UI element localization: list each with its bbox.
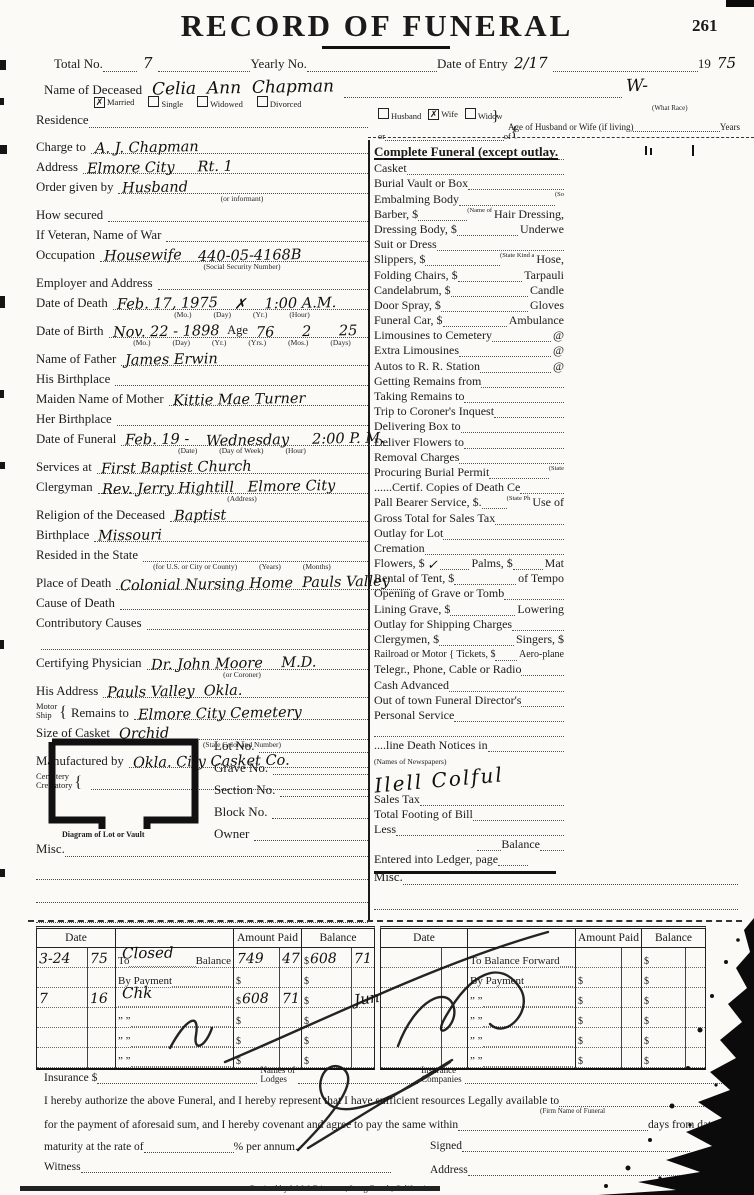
form-field: MotorShip { Remains to Elmore City Cemet…: [36, 702, 368, 720]
field-label: Certifying Physician: [36, 656, 147, 670]
balance-dollars-cell: $: [641, 988, 685, 1008]
race-value: W-: [626, 76, 648, 96]
charge-note: (Name of: [467, 204, 492, 217]
top-numbers-row: Total No. 7 Yearly No. Date of Entry 2/1…: [54, 54, 742, 72]
charge-label: Door Spray, $: [374, 299, 441, 312]
address-label: Address: [430, 1164, 468, 1176]
lodges-label: Names ofLodges: [257, 1066, 298, 1084]
form-field: { Maiden Name of Mother Kittie Mae Turne…: [36, 390, 368, 406]
charge-label: Removal Charges: [374, 451, 459, 464]
form-field: { Occupation Housewife 440-05-4168B (Soc…: [36, 246, 368, 271]
form-field: { His Address Pauls Valley Okla.: [36, 682, 368, 698]
year-cell: 16: [87, 988, 115, 1008]
charge-note: (State: [549, 462, 564, 475]
revised-note: Revised by W. W. Frineman, Long Beach, C…: [250, 1183, 744, 1193]
charge-label: Embalming Body: [374, 193, 459, 206]
charge-right-label: Ambulance: [507, 314, 564, 327]
field-value: Pauls Valley Okla.: [103, 684, 247, 701]
year-cell: [441, 1028, 467, 1048]
charge-item: Out of town Funeral Director's: [374, 692, 564, 707]
amount-dollars-cell: $608: [233, 988, 279, 1008]
field-value: A. J. Chapman: [91, 140, 203, 156]
witness-label: Witness: [44, 1161, 81, 1173]
field-line: [108, 206, 368, 222]
charge-item: Railroad or Motor { Tickets, $ Aero-plan…: [374, 646, 564, 661]
misc-left-row: Misc.: [36, 842, 368, 857]
stacked-label: MotorShip: [36, 702, 59, 720]
charge-item: Getting Remains from: [374, 373, 564, 388]
balance-cents-cell: [685, 1008, 705, 1028]
date-cell: [37, 968, 87, 988]
year-value: 75: [711, 54, 742, 73]
amount-dollars-cell: $: [233, 1008, 279, 1028]
description-cell: ” ”: [467, 1008, 575, 1028]
amount-dollars-cell: $: [575, 968, 621, 988]
date-header: Date: [381, 929, 467, 948]
charge-item: Flowers, $ ✓ Palms, $ Mat: [374, 555, 564, 570]
charge-item: Rental of Tent, $ of Tempo: [374, 570, 564, 585]
amount-cents-cell: [279, 1028, 301, 1048]
charge-label: Procuring Burial Permit: [374, 466, 489, 479]
field-sublabels: (or informant): [116, 195, 368, 203]
field-label: Cause of Death: [36, 596, 120, 610]
field-line: A. J. Chapman: [91, 138, 368, 154]
charge-item: Lining Grave, $ Lowering: [374, 600, 564, 615]
charge-item: Gross Total for Sales Tax: [374, 509, 564, 524]
charge-item: Cash Advanced: [374, 676, 564, 691]
amount-cents-cell: [621, 1008, 641, 1028]
field-sublabels: (for U.S. or City or County)(Years)(Mont…: [116, 563, 368, 571]
charge-item: Removal Charges: [374, 449, 564, 464]
balance-dollars-cell: $: [641, 1028, 685, 1048]
scan-mark: [645, 146, 647, 155]
amount-paid-header: Amount Paid: [233, 929, 301, 948]
date-of-entry-value: 2/17: [508, 54, 554, 73]
scan-mark: [692, 145, 694, 156]
balance-dollars-cell: $: [641, 968, 685, 988]
total-no-label: Total No.: [54, 56, 103, 72]
field-label: Date of Death: [36, 296, 113, 310]
field-line: Dr. John Moore M.D.: [147, 654, 368, 670]
title-underline: [322, 46, 450, 49]
date-of-entry-label: Date of Entry: [437, 56, 508, 72]
charge-item: Cremation: [374, 540, 564, 555]
year-cell: [87, 1008, 115, 1028]
charge-item: [374, 722, 564, 737]
balance-dollars-cell: $608: [301, 948, 351, 968]
marital-option-label: Divorced: [270, 99, 302, 109]
charge-label: Cash Advanced: [374, 679, 449, 692]
field-line: [158, 274, 368, 290]
date-cell: [381, 1008, 441, 1028]
year-cell: [441, 968, 467, 988]
balance-header: Balance: [641, 929, 705, 948]
field-line: Elmore City Cemetery: [134, 704, 368, 720]
signed-row: Signed: [430, 1138, 690, 1152]
checkbox-icon: [257, 96, 268, 107]
lot-field: Lot No.: [214, 738, 368, 753]
field-label: Employer and Address: [36, 276, 158, 290]
field-value: Husband: [118, 180, 192, 195]
date-cell: [37, 1008, 87, 1028]
field-label: Her Birthplace: [36, 412, 117, 426]
charge-label: ......Certif. Copies of Death Ce: [374, 481, 520, 494]
date-cell: 7: [37, 988, 87, 1008]
signed-label: Signed: [430, 1140, 462, 1152]
charge-label: Folding Chairs, $: [374, 269, 458, 282]
field-line: Nov. 22 - 1898 Age 76 2 25: [109, 322, 368, 338]
field-label: His Birthplace: [36, 372, 115, 386]
year-prefix: 19: [698, 56, 711, 72]
charge-right-label: Aero-plane: [517, 648, 564, 661]
field-label: Occupation: [36, 248, 100, 262]
year-cell: [441, 1008, 467, 1028]
authorization-line-1: I hereby authorize the above Funeral, an…: [44, 1095, 559, 1107]
balance-label: Balance: [501, 838, 540, 851]
charge-label: Limousines to Cemetery: [374, 329, 492, 342]
charge-item: Delivering Box to: [374, 418, 564, 433]
balance-header: Balance: [301, 929, 374, 948]
field-line: Housewife 440-05-4168B: [100, 246, 368, 262]
charge-item: Barber, $ (Name of Hair Dressing,: [374, 206, 564, 221]
charge-item: Personal Service: [374, 707, 564, 722]
form-field: { Address Elmore City Rt. 1: [36, 158, 368, 174]
charge-item: Folding Chairs, $ Tarpauli: [374, 266, 564, 281]
misc-line: [374, 896, 738, 910]
field-line: First Baptist Church: [97, 458, 368, 474]
date-cell: [381, 1028, 441, 1048]
charge-item: Outlay for Shipping Charges: [374, 616, 564, 631]
date-cell: 3-24: [37, 948, 87, 968]
charge-right-label: Use of: [530, 496, 564, 509]
charge-label: Casket: [374, 162, 407, 175]
date-cell: [37, 1028, 87, 1048]
field-line: Feb. 17, 1975 ✗ 1:00 A.M.: [113, 294, 368, 310]
amount-paid-header: Amount Paid: [575, 929, 641, 948]
lot-diagram: [48, 736, 200, 832]
misc-line: [36, 866, 368, 880]
charge-right-label: Underwe: [518, 223, 564, 236]
field-value: Housewife: [100, 248, 186, 263]
description-cell: ” ”: [467, 988, 575, 1008]
charge-item: Autos to R. R. Station @: [374, 357, 564, 372]
marital-option-label: Married: [107, 97, 134, 107]
field-line: Elmore City Rt. 1: [83, 158, 368, 174]
checkbox-icon: [378, 108, 389, 119]
ledger-row: Total Footing of Bill: [374, 806, 564, 821]
description-cell: ToBalanceClosed: [115, 948, 233, 968]
field-value: Feb. 17, 1975: [113, 296, 222, 312]
form-field: { Resided in the State (for U.S. or City…: [36, 546, 368, 571]
lot-field-label: Section No.: [214, 783, 280, 797]
checkbox-icon: [148, 96, 159, 107]
charge-label: Barber, $: [374, 208, 418, 221]
charge-right-label: of Tempo: [516, 572, 564, 585]
balance-cents-cell: 71: [351, 948, 374, 968]
form-field: { Her Birthplace: [36, 410, 368, 426]
charge-item: Burial Vault or Box: [374, 175, 564, 190]
entered-ledger-row: Entered into Ledger, page: [374, 851, 564, 866]
field-line: [166, 226, 368, 242]
companies-label: InsuranceCompanies: [418, 1066, 465, 1084]
charge-item: Candelabrum, $ Candle: [374, 282, 564, 297]
charge-right-label: Hair Dressing,: [492, 208, 564, 221]
description-cell: ” ”: [467, 1028, 575, 1048]
charge-item: Dressing Body, $ Underwe: [374, 221, 564, 236]
field-label: His Address: [36, 684, 103, 698]
charge-label: Outlay for Lot: [374, 527, 443, 540]
field-line: Kittie Mae Turner: [169, 390, 368, 406]
marital-option: Widowed: [197, 96, 243, 109]
charge-item: Extra Limousines @: [374, 342, 564, 357]
charge-label: Candelabrum, $: [374, 284, 451, 297]
charge-right-label: Lowering: [515, 603, 564, 616]
charge-item: Limousines to Cemetery @: [374, 327, 564, 342]
field-label: Remains to: [71, 706, 134, 720]
description-cell: ” ”: [115, 1028, 233, 1048]
field-label: Date of Funeral: [36, 432, 121, 446]
amount-dollars-cell: $: [233, 1028, 279, 1048]
amount-cents-cell: [279, 1008, 301, 1028]
form-field: { Cause of Death: [36, 594, 368, 610]
date-header: Date: [37, 929, 115, 948]
field-label: If Veteran, Name of War: [36, 228, 166, 242]
amount-dollars-cell: $: [233, 968, 279, 988]
charge-right-label: Hose,: [534, 253, 564, 266]
field-label: Place of Death: [36, 576, 116, 590]
form-field: { Date of Funeral Feb. 19 - Wednesday 2:…: [36, 430, 368, 455]
field-line: [120, 594, 368, 610]
marital-option: Single: [148, 96, 183, 109]
charge-label: Flowers, $: [374, 557, 425, 570]
field-label: Services at: [36, 460, 97, 474]
spouse-option-label: Wife: [441, 109, 458, 119]
form-field: { Date of Death Feb. 17, 1975 ✗ 1:00 A.M…: [36, 294, 368, 319]
charge-item: Casket: [374, 160, 564, 175]
charge-item: Taking Remains to: [374, 388, 564, 403]
amount-dollars-cell: 749: [233, 948, 279, 968]
field-mid-label: Age: [223, 323, 252, 337]
charge-label: Rental of Tent, $: [374, 572, 454, 585]
payments-table-right: Date Amount Paid Balance To Balance Forw…: [380, 926, 706, 1070]
scan-mark: [650, 148, 652, 155]
page-title: RECORD OF FUNERAL: [0, 8, 754, 44]
charge-label: Personal Service: [374, 709, 454, 722]
year-cell: [87, 968, 115, 988]
charge-label: Suit or Dress: [374, 238, 437, 251]
charge-label: ....line Death Notices in: [374, 739, 488, 752]
spouse-option: Husband: [378, 108, 421, 121]
charge-note: (State Ph: [507, 492, 531, 505]
charge-right-label-2: Mat: [543, 557, 564, 570]
charge-label: Dressing Body, $: [374, 223, 457, 236]
ledger-label: Less: [374, 823, 396, 836]
charge-item: Deliver Flowers to: [374, 433, 564, 448]
yearly-no-label: Yearly No.: [250, 56, 306, 72]
brace: }: [492, 108, 499, 125]
date-cell: [381, 948, 441, 968]
charge-item: Funeral Car, $ Ambulance: [374, 312, 564, 327]
form-field: { Services at First Baptist Church: [36, 458, 368, 474]
amount-dollars-cell: $: [575, 1028, 621, 1048]
balance-dollars-cell: $: [301, 1008, 351, 1028]
field-value: Kittie Mae Turner: [168, 392, 309, 408]
charge-item: Telegr., Phone, Cable or Radio: [374, 661, 564, 676]
amount-dollars-cell: $: [575, 1008, 621, 1028]
field-label: Contributory Causes: [36, 616, 147, 630]
lot-fields: Lot No. Grave No. Section No. Block No. …: [214, 738, 368, 848]
amount-cents-cell: [621, 1048, 641, 1068]
description-cell: To Balance Forward: [467, 948, 575, 968]
form-field: {: [36, 634, 368, 650]
balance-cents-cell: [685, 948, 705, 968]
balance-dollars-cell: $: [301, 1048, 351, 1068]
misc-line: [36, 889, 368, 903]
field-label: Order given by: [36, 180, 118, 194]
firm-name-caption: (Firm Name of Funeral: [540, 1107, 744, 1115]
checkbox-icon: ✗: [428, 109, 439, 120]
total-no-value: 7: [137, 54, 159, 72]
amount-dollars-cell: $: [575, 988, 621, 1008]
balance-cents-cell: [351, 1048, 374, 1068]
ledger-row: Less: [374, 821, 564, 836]
form-field: { Date of Birth Nov. 22 - 1898 Age 76 2 …: [36, 322, 368, 347]
field-value: Baptist: [170, 508, 231, 523]
description-cell: By Payment: [467, 968, 575, 988]
lot-field: Block No.: [214, 804, 368, 819]
field-line: [117, 410, 368, 426]
description-cell: ” ”: [115, 1048, 233, 1068]
form-field: { Contributory Causes: [36, 614, 368, 630]
field-label: Date of Birth: [36, 324, 109, 338]
marital-option-label: Single: [161, 99, 183, 109]
charge-item: Opening of Grave or Tomb: [374, 585, 564, 600]
amount-cents-cell: [621, 1028, 641, 1048]
charges-panel: Complete Funeral (except outlay. Casket: [374, 143, 564, 878]
field-value: Missouri: [94, 528, 166, 543]
charge-label: Slippers, $: [374, 253, 425, 266]
form-field: { Name of Father James Erwin: [36, 350, 368, 366]
form-field: { Religion of the Deceased Baptist: [36, 506, 368, 522]
lot-field-label: Lot No.: [214, 739, 259, 753]
description-cell: ” ”: [115, 1008, 233, 1028]
marital-option: ✗Married: [94, 97, 134, 109]
balance-cents-cell: [685, 1048, 705, 1068]
date-cell: [37, 1048, 87, 1068]
charge-label: Complete Funeral (except outlay.: [374, 145, 558, 160]
charge-label: Railroad or Motor { Tickets, $: [374, 648, 495, 661]
form-field: { Certifying Physician Dr. John Moore M.…: [36, 654, 368, 679]
charge-right-label: @: [551, 344, 564, 357]
balance-dollars-cell: $: [301, 968, 351, 988]
charge-right-label: Palms, $: [469, 557, 512, 570]
balance-dollars-cell: $: [641, 948, 685, 968]
balance-cents-cell: [351, 968, 374, 988]
balance-dollars-cell: $: [641, 1048, 685, 1068]
balance-dollars-cell: $: [641, 1008, 685, 1028]
field-value-2: 76 2 25: [252, 324, 362, 340]
balance-row: Balance: [374, 836, 564, 851]
charge-label: Autos to R. R. Station: [374, 360, 480, 373]
form-field: { Charge to A. J. Chapman: [36, 138, 368, 154]
charge-label: Outlay for Shipping Charges: [374, 618, 512, 631]
misc-label: Misc.: [36, 842, 65, 857]
charge-right-label: Gloves: [528, 299, 564, 312]
charge-right-label: @: [551, 329, 564, 342]
balance-cents-cell: [685, 988, 705, 1008]
balance-dollars-cell: $: [301, 988, 351, 1008]
record-of-funeral-form: RECORD OF FUNERAL 261 Total No. 7 Yearly…: [0, 0, 754, 1195]
residence-label: Residence: [36, 113, 89, 128]
balance-cents-cell: [351, 1008, 374, 1028]
field-line: Missouri: [94, 526, 368, 542]
charge-right-label: Tarpauli: [522, 269, 564, 282]
field-value: Nov. 22 - 1898: [108, 324, 223, 340]
entered-ledger-label: Entered into Ledger, page: [374, 853, 498, 866]
charge-label: Clergymen, $: [374, 633, 439, 646]
of-label: of: [504, 131, 511, 141]
field-value-2: 440-05-4168B: [194, 248, 306, 264]
field-label: Resided in the State: [36, 548, 143, 562]
field-value: Rev. Jerry Hightill Elmore City: [98, 479, 340, 497]
field-label: Maiden Name of Mother: [36, 392, 169, 406]
charge-item: Door Spray, $ Gloves: [374, 297, 564, 312]
field-line: [41, 634, 368, 650]
charge-label: Funeral Car, $: [374, 314, 443, 327]
field-label: Clergyman: [36, 480, 98, 494]
age-of-spouse-row: Age of Husband or Wife (if living) Years: [508, 122, 740, 132]
balance-cents-cell: [685, 968, 705, 988]
balance-cents-cell: [351, 1028, 374, 1048]
amount-cents-cell: [621, 968, 641, 988]
charge-right-label: Candle: [528, 284, 564, 297]
field-line: Feb. 19 - Wednesday 2:00 P. M.: [121, 430, 388, 446]
year-cell: [441, 988, 467, 1008]
lot-field-label: Grave No.: [214, 761, 273, 775]
balance-dollars-cell: $: [301, 1028, 351, 1048]
field-line: Rev. Jerry Hightill Elmore City: [98, 478, 368, 494]
charge-label: Pall Bearer Service, $.: [374, 496, 482, 509]
field-line: Pauls Valley Okla.: [103, 682, 368, 698]
amount-cents-cell: [279, 968, 301, 988]
marital-status-group: ✗Married Single Widowed Divorced: [94, 96, 301, 109]
field-line: Colonial Nursing Home Pauls Valley: [116, 574, 410, 590]
amount-cents-cell: [621, 948, 641, 968]
charge-label: (Names of Newspapers): [374, 755, 446, 768]
date-cell: [381, 968, 441, 988]
residence-row: Residence: [36, 113, 368, 128]
column-divider: [368, 140, 370, 922]
race-caption: (What Race): [652, 104, 688, 112]
form-field: { Employer and Address: [36, 274, 368, 290]
charge-item: Procuring Burial Permit (State: [374, 464, 564, 479]
page-number: 261: [692, 16, 718, 36]
checkbox-icon: [197, 96, 208, 107]
amount-cents-cell: [621, 988, 641, 1008]
years-label: Years: [720, 122, 740, 132]
table-top-rule: [28, 920, 742, 922]
form-field: { Birthplace Missouri: [36, 526, 368, 542]
charge-item: Clergymen, $ Singers, $: [374, 631, 564, 646]
form-field: { His Birthplace: [36, 370, 368, 386]
field-value: Dr. John Moore M.D.: [146, 655, 320, 672]
year-cell: [87, 1048, 115, 1068]
description-cell: ” ”: [467, 1048, 575, 1068]
lot-field: Grave No.: [214, 760, 368, 775]
panel-top-rule: [368, 137, 754, 138]
form-field: { If Veteran, Name of War: [36, 226, 368, 242]
date-cell: [381, 988, 441, 1008]
